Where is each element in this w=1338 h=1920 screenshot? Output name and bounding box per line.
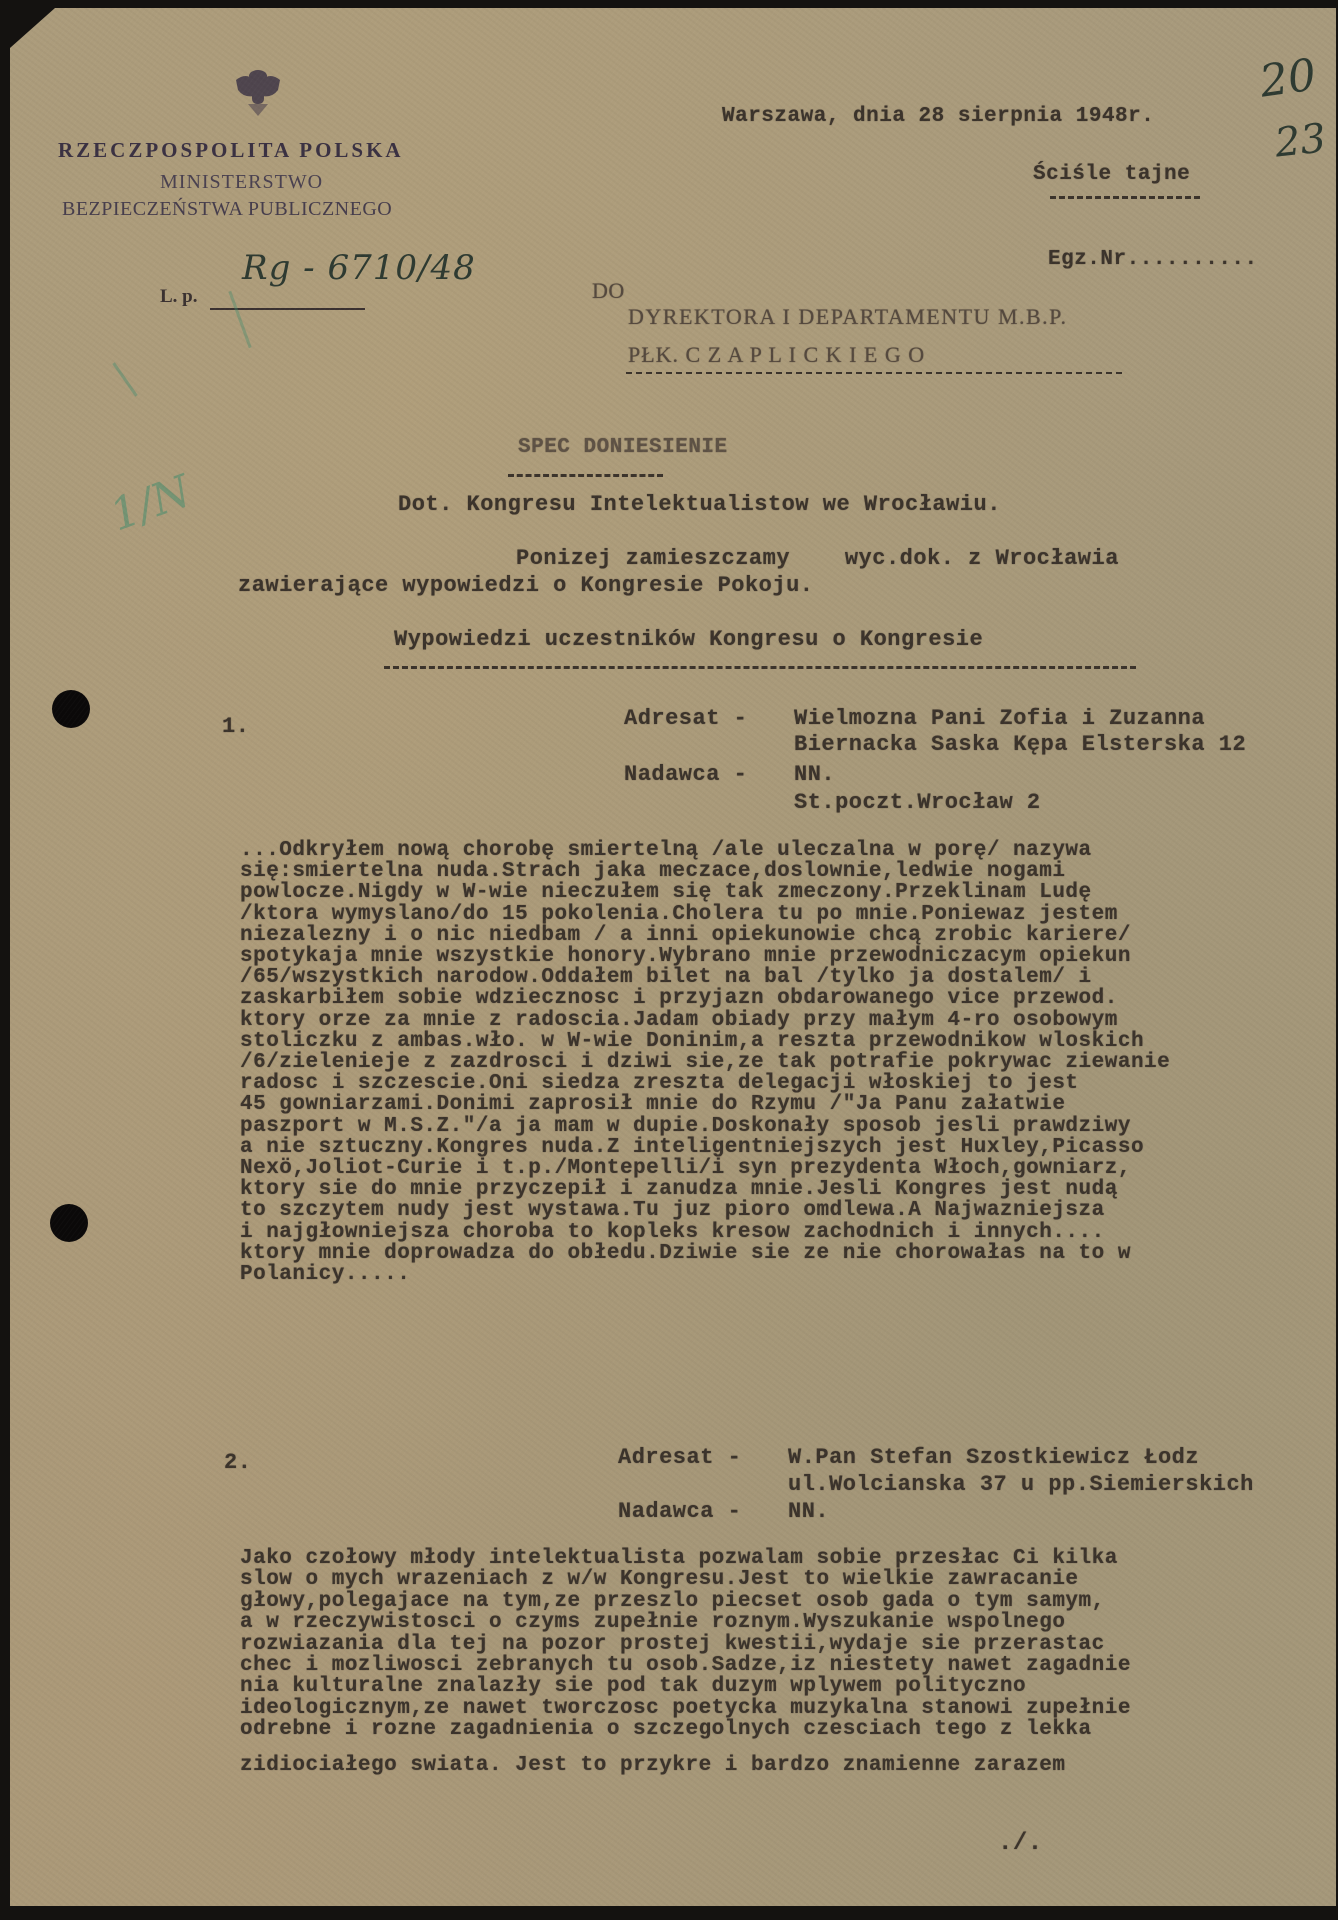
reference-label: L. p. <box>160 286 198 308</box>
intro-line-2: zawierające wypowiedzi o Kongresie Pokoj… <box>238 573 814 598</box>
item-2-sender-line-1: NN. <box>788 1499 829 1524</box>
body-line: paszport w M.S.Z."/a ja mam w dupie.Dosk… <box>240 1116 1330 1137</box>
intro-line-1: Ponizej zamieszczamy wyc.dok. z Wrocławi… <box>516 546 1119 571</box>
body-line: i najgłowniejsza choroba to kopleks kres… <box>240 1222 1330 1243</box>
item-1-number: 1. <box>222 714 249 739</box>
item-2-number: 2. <box>224 1450 251 1475</box>
classification-underline <box>1050 196 1200 199</box>
page-number-handwritten: 20 <box>1257 49 1320 107</box>
body-line: się:smiertelna nuda.Strach jaka meczace,… <box>240 861 1330 882</box>
margin-note-green: 1/N <box>104 466 198 542</box>
body-line: ideologicznym,ze nawet tworczosc poetyck… <box>240 1698 1330 1719</box>
item-1-sender-label: Nadawca - <box>624 762 747 787</box>
item-1-sender-line-1: NN. <box>794 762 835 787</box>
section-heading: Wypowiedzi uczestników Kongresu o Kongre… <box>394 627 983 652</box>
section-heading-underline <box>384 666 1136 669</box>
body-line: zaskarbiłem sobie wdziecznosc i przyjazn… <box>240 988 1330 1009</box>
body-line: powlocze.Nigdy w W-wie nieczułem się tak… <box>240 882 1330 903</box>
body-line: nia kulturalne znalazły sie pod tak duzy… <box>240 1676 1330 1697</box>
body-line: Nexö,Joliot-Curie i t.p./Montepelli/i sy… <box>240 1158 1330 1179</box>
page-number-handwritten-second: 23 <box>1273 115 1328 166</box>
letterhead-ministry: MINISTERSTWO <box>160 171 323 194</box>
body-line: ktory sie do mnie przyczepił i zanudza m… <box>240 1179 1330 1200</box>
body-line: rozwiazania dla tej na pozor prostej kwe… <box>240 1634 1330 1655</box>
subject-regarding: Dot. Kongresu Intelektualistow we Wrocła… <box>398 492 1001 517</box>
body-line: to szczytem nudy jest wystawa.Tu juz pio… <box>240 1200 1330 1221</box>
body-line: /65/wszystkich narodow.Oddałem bilet na … <box>240 967 1330 988</box>
body-line: a w rzeczywistosci o czyms zupełnie rozn… <box>240 1612 1330 1633</box>
title-underline <box>508 474 663 477</box>
body-line: spotykaja mnie wszystkie honory.Wybrano … <box>240 946 1330 967</box>
place-and-date: Warszawa, dnia 28 sierpnia 1948r. <box>722 105 1154 128</box>
body-line: stoliczku z ambas.wło. w W-wie Doninim,a… <box>240 1031 1330 1052</box>
item-2-addressee-label: Adresat - <box>618 1445 741 1470</box>
body-line: głowy,polegajace na tym,ze przeszlo piec… <box>240 1591 1330 1612</box>
body-line: slow o mych wrazeniach z w/w Kongresu.Je… <box>240 1569 1330 1590</box>
item-1-addressee-line-1: Wielmozna Pani Zofia i Zuzanna <box>794 706 1205 731</box>
item-1-addressee-line-2: Biernacka Saska Kępa Elsterska 12 <box>794 732 1246 757</box>
letterhead-ministry-name: BEZPIECZEŃSTWA PUBLICZNEGO <box>62 198 392 221</box>
punch-hole-top <box>52 690 90 728</box>
body-line: radosc i szczescie.Oni siedza zreszta de… <box>240 1073 1330 1094</box>
item-2-addressee-line-2: ul.Wolcianska 37 u pp.Siemierskich <box>788 1472 1254 1497</box>
polish-eagle-emblem-icon <box>232 66 284 120</box>
document-page: RZECZPOSPOLITA POLSKA MINISTERSTWO BEZPI… <box>10 8 1336 1906</box>
continuation-mark: ./. <box>998 1830 1043 1857</box>
item-2-body: Jako czołowy młody intelektualista pozwa… <box>240 1548 1330 1776</box>
reference-underline <box>210 308 365 310</box>
body-line: niezalezny i o nic niedbam / a inni opie… <box>240 925 1330 946</box>
body-line: Jako czołowy młody intelektualista pozwa… <box>240 1548 1330 1569</box>
body-line: /ktora wymyslano/do 15 pokolenia.Cholera… <box>240 904 1330 925</box>
document-title: SPEC DONIESIENIE <box>518 436 728 459</box>
margin-stroke-green-2 <box>228 291 251 348</box>
item-1-body: ...Odkryłem nową chorobę smiertelną /ale… <box>240 840 1330 1285</box>
body-line: Polanicy..... <box>240 1264 1330 1285</box>
copy-number: Egz.Nr.......... <box>1048 248 1258 271</box>
item-2-sender-label: Nadawca - <box>618 1499 741 1524</box>
reference-number: Rg - 6710/48 <box>242 248 476 288</box>
body-line: ktory orze za mnie z radoscia.Jadam obia… <box>240 1010 1330 1031</box>
item-1-addressee-label: Adresat - <box>624 706 747 731</box>
letterhead-country: RZECZPOSPOLITA POLSKA <box>58 138 404 163</box>
item-1-sender-line-2: St.poczt.Wrocław 2 <box>794 790 1041 815</box>
body-line: ...Odkryłem nową chorobę smiertelną /ale… <box>240 840 1330 861</box>
recipient-to: DO <box>592 278 625 304</box>
item-2-addressee-line-1: W.Pan Stefan Szostkiewicz Łodz <box>788 1445 1199 1470</box>
punch-hole-bottom <box>50 1204 88 1242</box>
classification-label: Ściśle tajne <box>1033 163 1190 186</box>
body-line: chec i mozliwosci zebranych tu osob.Sadz… <box>240 1655 1330 1676</box>
recipient-line-2: PŁK. C Z A P L I C K I E G O <box>628 342 925 368</box>
body-line: zidiociałego swiata. Jest to przykre i b… <box>240 1755 1330 1776</box>
recipient-underline <box>626 372 1122 374</box>
body-line: 45 gowniarzami.Donimi zaprosił mnie do R… <box>240 1094 1330 1115</box>
body-line: /6/zielenieje z zazdrosci i dziwi sie,ze… <box>240 1052 1330 1073</box>
recipient-line-1: DYREKTORA I DEPARTAMENTU M.B.P. <box>628 304 1067 330</box>
body-line: odrebne i rozne zagadnienia o szczegolny… <box>240 1719 1330 1740</box>
margin-stroke-green <box>112 362 137 396</box>
body-line: a nie sztuczny.Kongres nuda.Z inteligent… <box>240 1137 1330 1158</box>
body-line: ktory mnie doprowadza do obłedu.Dziwie s… <box>240 1243 1330 1264</box>
